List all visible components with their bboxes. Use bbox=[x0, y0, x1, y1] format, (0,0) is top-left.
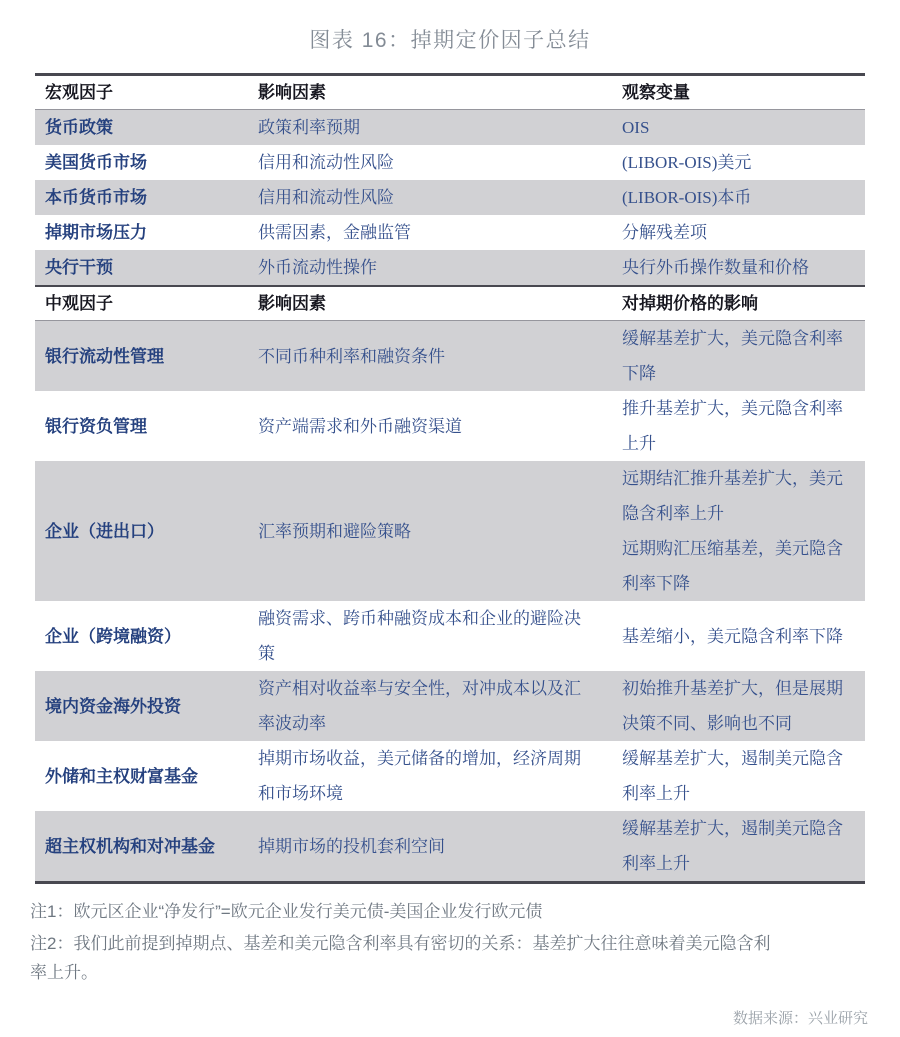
table-cell: 推升基差扩大，美元隐含利率上升 bbox=[612, 391, 865, 461]
cell-text: 企业（跨境融资） bbox=[45, 619, 248, 654]
table-row: 银行资负管理资产端需求和外币融资渠道推升基差扩大，美元隐含利率上升 bbox=[35, 391, 865, 461]
data-source: 数据来源：兴业研究 bbox=[0, 1007, 868, 1028]
column-header: 中观因子 bbox=[35, 287, 248, 320]
table-row: 超主权机构和对冲基金掉期市场的投机套利空间缓解基差扩大，遏制美元隐含利率上升 bbox=[35, 811, 865, 881]
cell-text: 推升基差扩大，美元隐含利率上升 bbox=[622, 391, 853, 461]
cell-text: 汇率预期和避险策略 bbox=[258, 514, 592, 549]
table-cell: (LIBOR-OIS)美元 bbox=[612, 145, 865, 180]
table-cell: 境内资金海外投资 bbox=[35, 671, 248, 741]
table-cell: 基差缩小，美元隐含利率下降 bbox=[612, 601, 865, 671]
cell-text: 外储和主权财富基金 bbox=[45, 759, 248, 794]
cell-text: (LIBOR-OIS)本币 bbox=[622, 180, 853, 215]
table-cell: 企业（跨境融资） bbox=[35, 601, 248, 671]
table-cell: 初始推升基差扩大，但是展期决策不同、影响也不同 bbox=[612, 671, 865, 741]
cell-text: 境内资金海外投资 bbox=[45, 689, 248, 724]
column-header: 宏观因子 bbox=[35, 76, 248, 109]
cell-text: 政策利率预期 bbox=[258, 110, 592, 145]
cell-text: 供需因素，金融监管 bbox=[258, 215, 592, 250]
table-cell: 汇率预期和避险策略 bbox=[248, 461, 612, 601]
cell-text: 缓解基差扩大，遏制美元隐含利率上升 bbox=[622, 741, 853, 811]
cell-text: 掉期市场收益，美元储备的增加，经济周期和市场环境 bbox=[258, 741, 592, 811]
cell-text: 资产相对收益率与安全性，对冲成本以及汇率波动率 bbox=[258, 671, 592, 741]
table-cell: OIS bbox=[612, 110, 865, 145]
note-1: 注1：欧元区企业“净发行”=欧元企业发行美元债-美国企业发行欧元债 bbox=[30, 897, 778, 926]
table-cell: 信用和流动性风险 bbox=[248, 145, 612, 180]
table-header-row: 中观因子影响因素对掉期价格的影响 bbox=[35, 285, 865, 321]
pricing-table: 宏观因子影响因素观察变量货币政策政策利率预期OIS美国货币市场信用和流动性风险(… bbox=[35, 73, 865, 884]
table-cell: 超主权机构和对冲基金 bbox=[35, 811, 248, 881]
cell-text: 本币货币市场 bbox=[45, 180, 248, 215]
table-cell: 远期结汇推升基差扩大，美元隐含利率上升远期购汇压缩基差，美元隐含利率下降 bbox=[612, 461, 865, 601]
column-header-label: 影响因素 bbox=[258, 287, 592, 320]
table-cell: 货币政策 bbox=[35, 110, 248, 145]
table-cell: 掉期市场压力 bbox=[35, 215, 248, 250]
cell-text: 掉期市场压力 bbox=[45, 215, 248, 250]
cell-text: 融资需求、跨币种融资成本和企业的避险决策 bbox=[258, 601, 592, 671]
table-cell: 分解残差项 bbox=[612, 215, 865, 250]
cell-text: 不同币种利率和融资条件 bbox=[258, 339, 592, 374]
cell-text: 远期购汇压缩基差，美元隐含利率下降 bbox=[622, 531, 853, 601]
column-header-label: 影响因素 bbox=[258, 76, 592, 109]
cell-text: 美国货币市场 bbox=[45, 145, 248, 180]
cell-text: 央行干预 bbox=[45, 250, 248, 285]
table-cell: (LIBOR-OIS)本币 bbox=[612, 180, 865, 215]
cell-text: 货币政策 bbox=[45, 110, 248, 145]
cell-text: 银行流动性管理 bbox=[45, 339, 248, 374]
column-header-label: 对掉期价格的影响 bbox=[622, 287, 853, 320]
cell-text: 缓解基差扩大，遏制美元隐含利率上升 bbox=[622, 811, 853, 881]
cell-text: 外币流动性操作 bbox=[258, 250, 592, 285]
cell-text: 掉期市场的投机套利空间 bbox=[258, 829, 592, 864]
table-cell: 缓解基差扩大，美元隐含利率下降 bbox=[612, 321, 865, 391]
figure-title: 图表 16：掉期定价因子总结 bbox=[0, 0, 900, 54]
table-cell: 掉期市场收益，美元储备的增加，经济周期和市场环境 bbox=[248, 741, 612, 811]
table-row: 本币货币市场信用和流动性风险(LIBOR-OIS)本币 bbox=[35, 180, 865, 215]
table-cell: 央行干预 bbox=[35, 250, 248, 285]
cell-text: 央行外币操作数量和价格 bbox=[622, 250, 853, 285]
table-cell: 资产端需求和外币融资渠道 bbox=[248, 391, 612, 461]
table-row: 企业（进出口）汇率预期和避险策略远期结汇推升基差扩大，美元隐含利率上升远期购汇压… bbox=[35, 461, 865, 601]
table-row: 掉期市场压力供需因素，金融监管分解残差项 bbox=[35, 215, 865, 250]
table-cell: 融资需求、跨币种融资成本和企业的避险决策 bbox=[248, 601, 612, 671]
cell-text: 信用和流动性风险 bbox=[258, 145, 592, 180]
table-row: 境内资金海外投资资产相对收益率与安全性，对冲成本以及汇率波动率初始推升基差扩大，… bbox=[35, 671, 865, 741]
column-header: 观察变量 bbox=[612, 76, 865, 109]
cell-text: 资产端需求和外币融资渠道 bbox=[258, 409, 592, 444]
column-header: 影响因素 bbox=[248, 76, 612, 109]
table-cell: 企业（进出口） bbox=[35, 461, 248, 601]
table-cell: 不同币种利率和融资条件 bbox=[248, 321, 612, 391]
table-cell: 政策利率预期 bbox=[248, 110, 612, 145]
table-row: 银行流动性管理不同币种利率和融资条件缓解基差扩大，美元隐含利率下降 bbox=[35, 321, 865, 391]
column-header-label: 观察变量 bbox=[622, 76, 853, 109]
cell-text: 银行资负管理 bbox=[45, 409, 248, 444]
cell-text: 远期结汇推升基差扩大，美元隐含利率上升 bbox=[622, 461, 853, 531]
cell-text: 信用和流动性风险 bbox=[258, 180, 592, 215]
cell-text: 超主权机构和对冲基金 bbox=[45, 829, 248, 864]
table-row: 企业（跨境融资）融资需求、跨币种融资成本和企业的避险决策基差缩小，美元隐含利率下… bbox=[35, 601, 865, 671]
cell-text: 缓解基差扩大，美元隐含利率下降 bbox=[622, 321, 853, 391]
table-row: 货币政策政策利率预期OIS bbox=[35, 110, 865, 145]
table-cell: 掉期市场的投机套利空间 bbox=[248, 811, 612, 881]
note-2: 注2：我们此前提到掉期点、基差和美元隐含利率具有密切的关系：基差扩大往往意味着美… bbox=[30, 929, 778, 987]
column-header: 影响因素 bbox=[248, 287, 612, 320]
cell-text: 企业（进出口） bbox=[45, 514, 248, 549]
table-row: 央行干预外币流动性操作央行外币操作数量和价格 bbox=[35, 250, 865, 285]
table-cell: 银行资负管理 bbox=[35, 391, 248, 461]
table-header-row: 宏观因子影响因素观察变量 bbox=[35, 76, 865, 110]
table-cell: 缓解基差扩大，遏制美元隐含利率上升 bbox=[612, 811, 865, 881]
footnotes: 注1：欧元区企业“净发行”=欧元企业发行美元债-美国企业发行欧元债 注2：我们此… bbox=[30, 897, 778, 987]
table-cell: 外储和主权财富基金 bbox=[35, 741, 248, 811]
cell-text: (LIBOR-OIS)美元 bbox=[622, 145, 853, 180]
column-header: 对掉期价格的影响 bbox=[612, 287, 865, 320]
table-cell: 本币货币市场 bbox=[35, 180, 248, 215]
table-cell: 银行流动性管理 bbox=[35, 321, 248, 391]
table-cell: 供需因素，金融监管 bbox=[248, 215, 612, 250]
cell-text: 初始推升基差扩大，但是展期决策不同、影响也不同 bbox=[622, 671, 853, 741]
cell-text: 基差缩小，美元隐含利率下降 bbox=[622, 619, 853, 654]
table-cell: 央行外币操作数量和价格 bbox=[612, 250, 865, 285]
column-header-label: 宏观因子 bbox=[45, 76, 248, 109]
table-row: 外储和主权财富基金掉期市场收益，美元储备的增加，经济周期和市场环境缓解基差扩大，… bbox=[35, 741, 865, 811]
table-cell: 美国货币市场 bbox=[35, 145, 248, 180]
table-cell: 外币流动性操作 bbox=[248, 250, 612, 285]
table-cell: 信用和流动性风险 bbox=[248, 180, 612, 215]
table-cell: 缓解基差扩大，遏制美元隐含利率上升 bbox=[612, 741, 865, 811]
cell-text: OIS bbox=[622, 110, 853, 145]
column-header-label: 中观因子 bbox=[45, 287, 248, 320]
cell-text: 分解残差项 bbox=[622, 215, 853, 250]
table-row: 美国货币市场信用和流动性风险(LIBOR-OIS)美元 bbox=[35, 145, 865, 180]
table-cell: 资产相对收益率与安全性，对冲成本以及汇率波动率 bbox=[248, 671, 612, 741]
